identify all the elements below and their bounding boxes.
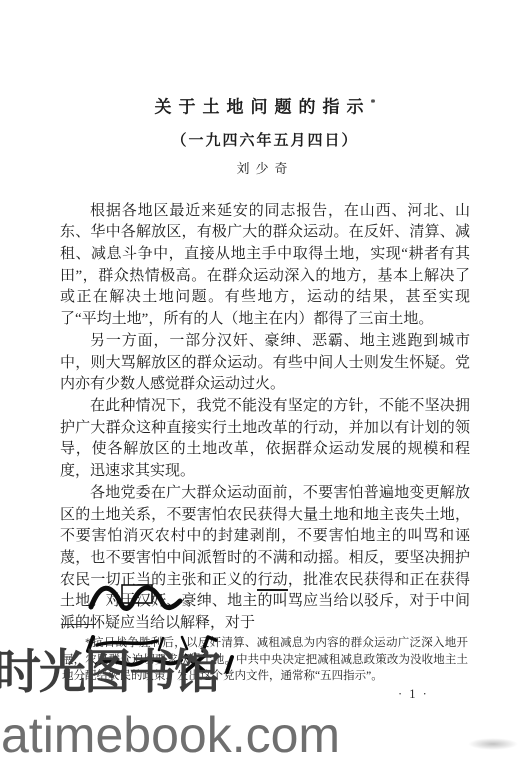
article-date: （一九四六年五月四日） [60, 131, 470, 151]
pen-underlined-phrase: 行动 [257, 572, 287, 591]
article-author: 刘少奇 [60, 160, 470, 178]
page-title: 关于土地问题的指示* [60, 92, 470, 120]
title-text: 关于土地问题的指示 [155, 98, 371, 117]
article-body: 根据各地区最近来延安的同志报告，在山西、河北、山东、华中各解放区，有极广大的群众… [60, 201, 470, 635]
article-content: 关于土地问题的指示* （一九四六年五月四日） 刘少奇 根据各地区最近来延安的同志… [60, 92, 470, 635]
watermark-library-name: 时光图书馆 [0, 648, 219, 695]
scan-smudge [468, 738, 518, 750]
page-number: · 1 · [398, 687, 429, 702]
paragraph-1: 根据各地区最近来延安的同志报告，在山西、河北、山东、华中各解放区，有极广大的群众… [60, 201, 470, 331]
footnote-marker: * [371, 98, 376, 109]
book-page: 关于土地问题的指示* （一九四六年五月四日） 刘少奇 根据各地区最近来延安的同志… [0, 0, 527, 768]
footnote-separator [62, 624, 96, 625]
watermark-website: atimebook.com [1, 710, 340, 760]
paragraph-4: 各地党委在广大群众运动面前，不要害怕普遍地变更解放区的土地关系，不要害怕农民获得… [60, 483, 470, 635]
paragraph-3: 在此种情况下，我党不能没有坚定的方针，不能不坚决拥护广大群众这种直接实行土地改革… [60, 396, 470, 483]
paragraph-2: 另一方面，一部分汉奸、豪绅、恶霸、地主逃跑到城市中，则大骂解放区的群众运动。有些… [60, 331, 470, 396]
